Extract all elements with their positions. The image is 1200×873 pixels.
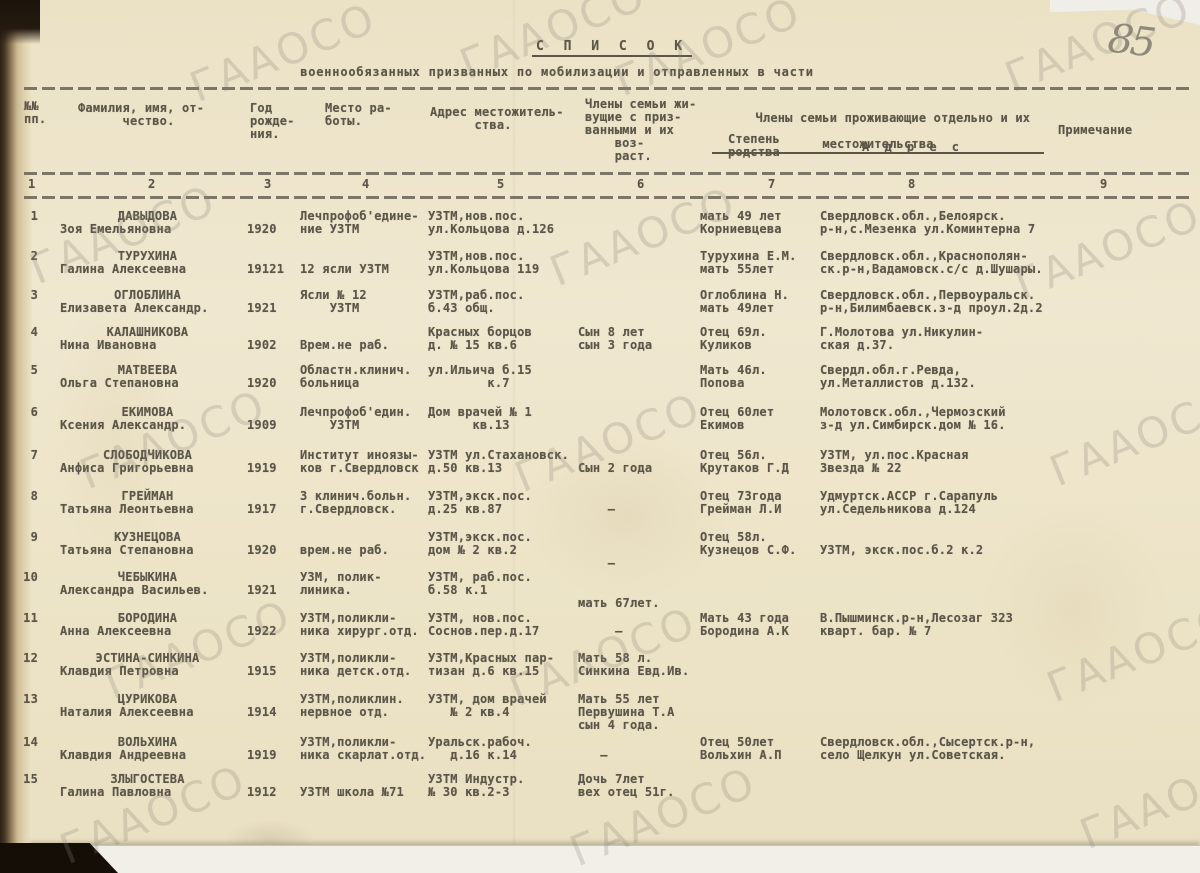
row-number: 7 — [20, 449, 38, 462]
row-number: 15 — [20, 773, 38, 786]
birth-year: 1920 — [247, 210, 297, 236]
header-family-with-conscript: Члены семьи жи- вущие с приз- ванными и … — [585, 98, 696, 163]
kinship: Отец 50лет Вольхин А.П — [700, 736, 818, 762]
header-row-number: №№ пп. — [24, 100, 46, 126]
handwritten-page-number: 85 — [1105, 15, 1155, 66]
workplace: УЗТМ,поликли- ника хирург.отд. — [300, 612, 430, 638]
kinship: Оглоблина Н. мать 49лет — [700, 289, 818, 315]
column-number: 9 — [1100, 178, 1107, 191]
column-number: 4 — [362, 178, 369, 191]
row-number: 5 — [20, 364, 38, 377]
birth-year: 1921 — [247, 289, 297, 315]
archive-watermark: ГААОСО — [1073, 740, 1200, 859]
column-number: 6 — [637, 178, 644, 191]
workplace: УЗТМ школа №71 — [300, 773, 430, 799]
header-full-name: Фамилия, имя, от- чество. — [78, 102, 204, 128]
kinship: мать 49 лет Корниевцева — [700, 210, 818, 236]
name-cell: ЧЕБЫКИНААлександра Васильев. — [60, 571, 240, 597]
name-cell: ГРЕЙМАНТатьяна Леонтьевна — [60, 490, 240, 516]
workplace: врем.не раб. — [300, 531, 430, 557]
given-name: Ксения Александр. — [60, 419, 240, 432]
birth-year: 1909 — [247, 406, 297, 432]
given-name: Зоя Емельяновна — [60, 223, 240, 236]
kinship: Мать 46л. Попова — [700, 364, 818, 390]
birth-year: 1919 — [247, 736, 297, 762]
workplace: Областн.клинич. больница — [300, 364, 430, 390]
header-kinship: Степень родства — [728, 133, 780, 159]
archive-watermark: ГААОСО — [73, 380, 274, 499]
page-subtitle: военнообязанных призванных по мобилизаци… — [300, 66, 814, 79]
given-name: Александра Васильев. — [60, 584, 240, 597]
kinship: Мать 43 года Бородина А.К — [700, 612, 818, 638]
row-number: 2 — [20, 250, 38, 263]
name-cell: МАТВЕЕВАОльга Степановна — [60, 364, 240, 390]
row-number: 12 — [20, 652, 38, 665]
row-number: 10 — [20, 571, 38, 584]
scanned-document-page: 85 С П И С О К военнообязанных призванны… — [0, 0, 1200, 873]
given-name: Галина Павловна — [60, 786, 240, 799]
name-cell: ЕКИМОВАКсения Александр. — [60, 406, 240, 432]
header-relatives-address: А д р е с — [862, 141, 963, 154]
birth-year: 1912 — [247, 773, 297, 799]
birth-year: 1920 — [247, 531, 297, 557]
residence-address: Уральск.рабоч. д.16 к.14 — [428, 736, 580, 762]
column-number: 5 — [497, 178, 504, 191]
row-number: 14 — [20, 736, 38, 749]
archive-watermark: ГААОСО — [1040, 593, 1200, 712]
header-note: Примечание — [1058, 124, 1132, 137]
residence-address: УЗТМ,экск.пос. дом № 2 кв.2 — [428, 531, 580, 557]
workplace: УЗТМ,поликли- ника детск.отд. — [300, 652, 430, 678]
relatives-address: Удмуртск.АССР г.Сарапуль ул.Седельникова… — [820, 490, 1058, 516]
relatives-address: УЗТМ, экск.пос.б.2 к.2 — [820, 531, 1058, 557]
family-with-conscript: Мать 55 лет Первушина Т.А сын 4 года. — [578, 693, 700, 732]
name-cell: ЗЛЫГОСТЕВАГалина Павловна — [60, 773, 240, 799]
row-number: 8 — [20, 490, 38, 503]
family-with-conscript: – — [578, 736, 700, 762]
given-name: Галина Алексеевна — [60, 263, 240, 276]
row-number: 4 — [20, 326, 38, 339]
residence-address: Дом врачей № 1 кв.13 — [428, 406, 580, 432]
family-with-conscript: Мать 58 л. Синкина Евд.Ив. — [578, 652, 700, 678]
column-number: 1 — [28, 178, 35, 191]
workplace: УЗТМ,поликли- ника скарлат.отд. — [300, 736, 430, 762]
residence-address: УЗТМ ул.Стахановск. д.50 кв.13 — [428, 449, 580, 475]
name-cell: КАЛАШНИКОВАНина Ивановна — [60, 326, 240, 352]
given-name: Клавдия Андреевна — [60, 749, 240, 762]
kinship: Отец 56л. Крутаков Г.Д — [700, 449, 818, 475]
kinship: Отец 60лет Екимов — [700, 406, 818, 432]
birth-year: 19121 — [247, 250, 297, 276]
workplace: УЗТМ,поликлин. нервное отд. — [300, 693, 430, 719]
given-name: Анна Алексеевна — [60, 625, 240, 638]
relatives-address: Свердловск.обл.,Первоуральск. р-н,Билимб… — [820, 289, 1058, 315]
birth-year: 1917 — [247, 490, 297, 516]
name-cell: ЦУРИКОВАНаталия Алексеевна — [60, 693, 240, 719]
row-number: 11 — [20, 612, 38, 625]
workplace: Врем.не раб. — [300, 326, 430, 352]
scanner-background-strip — [30, 845, 1200, 873]
column-number: 3 — [264, 178, 271, 191]
residence-address: УЗТМ,нов.пос. ул.Кольцова д.126 — [428, 210, 580, 236]
residence-address: УЗТМ Индустр. № 30 кв.2-3 — [428, 773, 580, 799]
birth-year: 1921 — [247, 571, 297, 597]
workplace: Лечпрофоб'едине- ние УЗТМ — [300, 210, 430, 236]
name-cell: ТУРУХИНАГалина Алексеевна — [60, 250, 240, 276]
name-cell: СЛОБОДЧИКОВААнфиса Григорьевна — [60, 449, 240, 475]
archive-watermark: ГААОСО — [1043, 377, 1200, 496]
given-name: Татьяна Степановна — [60, 544, 240, 557]
row-number: 1 — [20, 210, 38, 223]
relatives-address: В.Пышминск.р-н,Лесозаг 323 кварт. бар. №… — [820, 612, 1058, 638]
relatives-address: Молотовск.обл.,Чермозский з-д ул.Симбирс… — [820, 406, 1058, 432]
given-name: Анфиса Григорьевна — [60, 462, 240, 475]
row-number: 6 — [20, 406, 38, 419]
row-number: 13 — [20, 693, 38, 706]
page-title: С П И С О К — [532, 40, 692, 57]
given-name: Татьяна Леонтьевна — [60, 503, 240, 516]
given-name: Ольга Степановна — [60, 377, 240, 390]
family-with-conscript: Сын 8 лет сын 3 года — [578, 326, 700, 352]
workplace: 3 клинич.больн. г.Свердловск. — [300, 490, 430, 516]
relatives-address: УЗТМ, ул.пос.Красная Звезда № 22 — [820, 449, 1058, 475]
residence-address: Красных борцов д. № 15 кв.6 — [428, 326, 580, 352]
header-residence-address: Адрес местожитель- ства. — [430, 106, 564, 132]
family-with-conscript: – — [578, 612, 700, 638]
relatives-address: Г.Молотова ул.Никулин- ская д.37. — [820, 326, 1058, 352]
header-workplace: Место ра- боты. — [325, 102, 392, 128]
name-cell: ОГЛОБЛИНАЕлизавета Александр. — [60, 289, 240, 315]
kinship: Отец 58л. Кузнецов С.Ф. — [700, 531, 818, 557]
family-with-conscript: Сын 2 года — [578, 449, 700, 475]
header-birth-year: Год рожде- ния. — [250, 102, 295, 141]
workplace: УЗМ, полик- линика. — [300, 571, 430, 597]
birth-year: 1919 — [247, 449, 297, 475]
relatives-address: Свердл.обл.г.Ревда, ул.Металлистов д.132… — [820, 364, 1058, 390]
relatives-address: Свердловск.обл.,Белоярск. р-н,с.Мезенка … — [820, 210, 1058, 236]
name-cell: ДАВЫДОВАЗоя Емельяновна — [60, 210, 240, 236]
archive-watermark: ГААОСО — [183, 0, 384, 112]
binding-top-shadow — [0, 0, 40, 44]
name-cell: ВОЛЬХИНАКлавдия Андреевна — [60, 736, 240, 762]
kinship: Отец 73года Грейман Л.И — [700, 490, 818, 516]
row-number: 3 — [20, 289, 38, 302]
birth-year: 1915 — [247, 652, 297, 678]
workplace: Ясли № 12 УЗТМ — [300, 289, 430, 315]
residence-address: УЗТМ, дом врачей № 2 кв.4 — [428, 693, 580, 719]
column-number: 8 — [908, 178, 915, 191]
birth-year: 1902 — [247, 326, 297, 352]
birth-year: 1920 — [247, 364, 297, 390]
name-cell: КУЗНЕЦОВАТатьяна Степановна — [60, 531, 240, 557]
residence-address: УЗТМ,экск.пос. д.25 кв.87 — [428, 490, 580, 516]
given-name: Нина Ивановна — [60, 339, 240, 352]
name-cell: БОРОДИНААнна Алексеевна — [60, 612, 240, 638]
residence-address: ул.Ильича б.15 к.7 — [428, 364, 580, 390]
relatives-address: Свердловск.обл.,Краснополян- ск.р-н,Вада… — [820, 250, 1058, 276]
archive-watermark: ГААОСО — [508, 383, 709, 502]
family-with-conscript: Дочь 7лет вех отец 51г. — [578, 773, 700, 799]
given-name: Елизавета Александр. — [60, 302, 240, 315]
workplace: Институт иноязы- ков г.Свердловск — [300, 449, 430, 475]
archive-watermark: ГААОСО — [543, 177, 744, 296]
birth-year: 1914 — [247, 693, 297, 719]
column-number: 7 — [768, 178, 775, 191]
kinship: Отец 69л. Куликов — [700, 326, 818, 352]
relatives-address: Свердловск.обл.,Сысертск.р-н, село Щелку… — [820, 736, 1058, 762]
name-cell: ЭСТИНА-СИНКИНАКлавдия Петровна — [60, 652, 240, 678]
header-family-separate-line1: Члены семьи проживающие отдельно и их — [755, 111, 1030, 125]
family-with-conscript: – — [578, 531, 700, 570]
family-with-conscript: мать 67лет. — [578, 571, 700, 610]
dashed-rule-top — [24, 87, 1192, 90]
workplace: Лечпрофоб'един. УЗТМ — [300, 406, 430, 432]
given-name: Клавдия Петровна — [60, 665, 240, 678]
birth-year: 1922 — [247, 612, 297, 638]
residence-address: УЗТМ,Красных пар- тизан д.6 кв.15 — [428, 652, 580, 678]
given-name: Наталия Алексеевна — [60, 706, 240, 719]
workplace: 12 ясли УЗТМ — [300, 250, 430, 276]
residence-address: УЗТМ,раб.пос. б.43 общ. — [428, 289, 580, 315]
residence-address: УЗТМ, нов.пос. Соснов.пер.д.17 — [428, 612, 580, 638]
residence-address: УЗТМ, раб.пос. б.58 к.1 — [428, 571, 580, 597]
row-number: 9 — [20, 531, 38, 544]
dashed-rule-numbers-bottom — [24, 196, 1192, 199]
residence-address: УЗТМ,нов.пос. ул.Кольцова 119 — [428, 250, 580, 276]
column-number: 2 — [148, 178, 155, 191]
family-with-conscript: – — [578, 490, 700, 516]
kinship: Турухина Е.М. мать 55лет — [700, 250, 818, 276]
